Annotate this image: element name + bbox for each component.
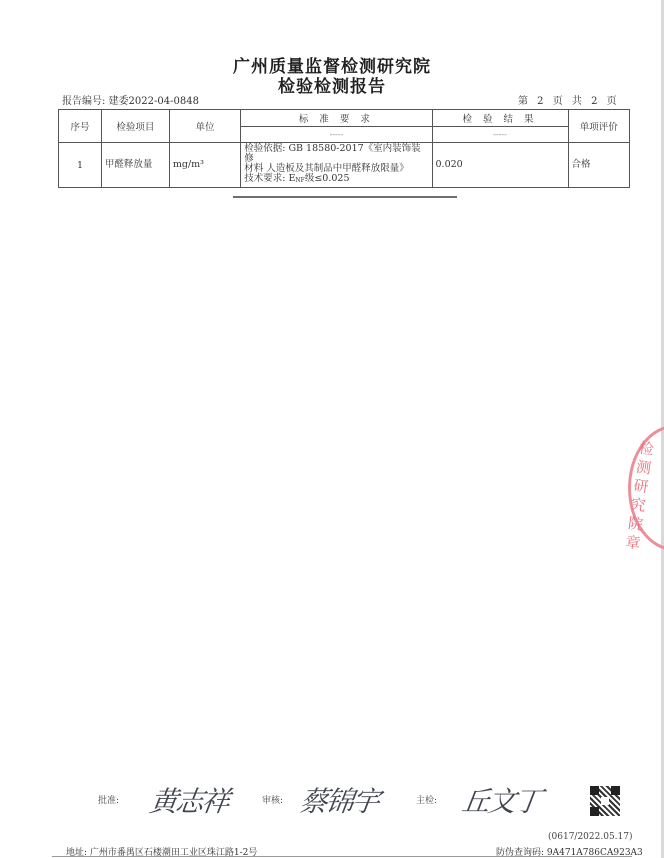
- cell-standard: 检验依据: GB 18580-2017《室内装饰装修 材料 人造板及其制品中甲醛…: [241, 143, 432, 188]
- approve-signature: 黄志祥: [147, 780, 231, 820]
- results-table: 序号 检验项目 单位 标 准 要 求 检 验 结 果 单项评价 ----- --…: [58, 109, 630, 188]
- cell-evaluation: 合格: [568, 143, 630, 188]
- cell-item: 甲醛释放量: [101, 143, 169, 188]
- inspect-signature: 丘文丁: [459, 780, 543, 820]
- footer-divider: [52, 856, 632, 857]
- header-standard-sub: -----: [241, 127, 432, 143]
- requirement-suffix: 级≤0.025: [305, 173, 350, 184]
- header-result-sub: -----: [432, 127, 568, 143]
- header-evaluation: 单项评价: [568, 110, 630, 143]
- header-result: 检 验 结 果: [432, 110, 568, 127]
- header-standard: 标 准 要 求: [241, 110, 432, 127]
- standard-requirement: 技术要求: ENF级≤0.025: [244, 174, 428, 186]
- qr-code-icon[interactable]: [590, 786, 620, 816]
- header-item: 检验项目: [101, 110, 169, 143]
- cell-unit: mg/m³: [169, 143, 240, 188]
- requirement-prefix: 技术要求: E: [244, 173, 295, 184]
- cell-no: 1: [59, 143, 102, 188]
- review-signature: 蔡锦宇: [297, 780, 381, 820]
- page-info: 第 2 页 共 2 页: [518, 92, 617, 107]
- review-label: 审核:: [262, 793, 283, 806]
- table-row: 1 甲醛释放量 mg/m³ 检验依据: GB 18580-2017《室内装饰装修…: [59, 143, 630, 188]
- approve-label: 批准:: [98, 793, 119, 806]
- table-header-row: 序号 检验项目 单位 标 准 要 求 检 验 结 果 单项评价: [59, 110, 630, 127]
- cell-result: 0.020: [432, 143, 568, 188]
- end-of-content-line: [233, 196, 457, 198]
- code-date: (0617/2022.05.17): [548, 832, 633, 842]
- standard-basis-line1: 检验依据: GB 18580-2017《室内装饰装修: [244, 144, 428, 164]
- report-number: 报告编号: 建委2022-04-0848: [62, 92, 199, 107]
- requirement-subscript: NF: [295, 177, 304, 184]
- inspect-label: 主检:: [416, 793, 437, 806]
- header-unit: 单位: [169, 110, 240, 143]
- header-no: 序号: [59, 110, 102, 143]
